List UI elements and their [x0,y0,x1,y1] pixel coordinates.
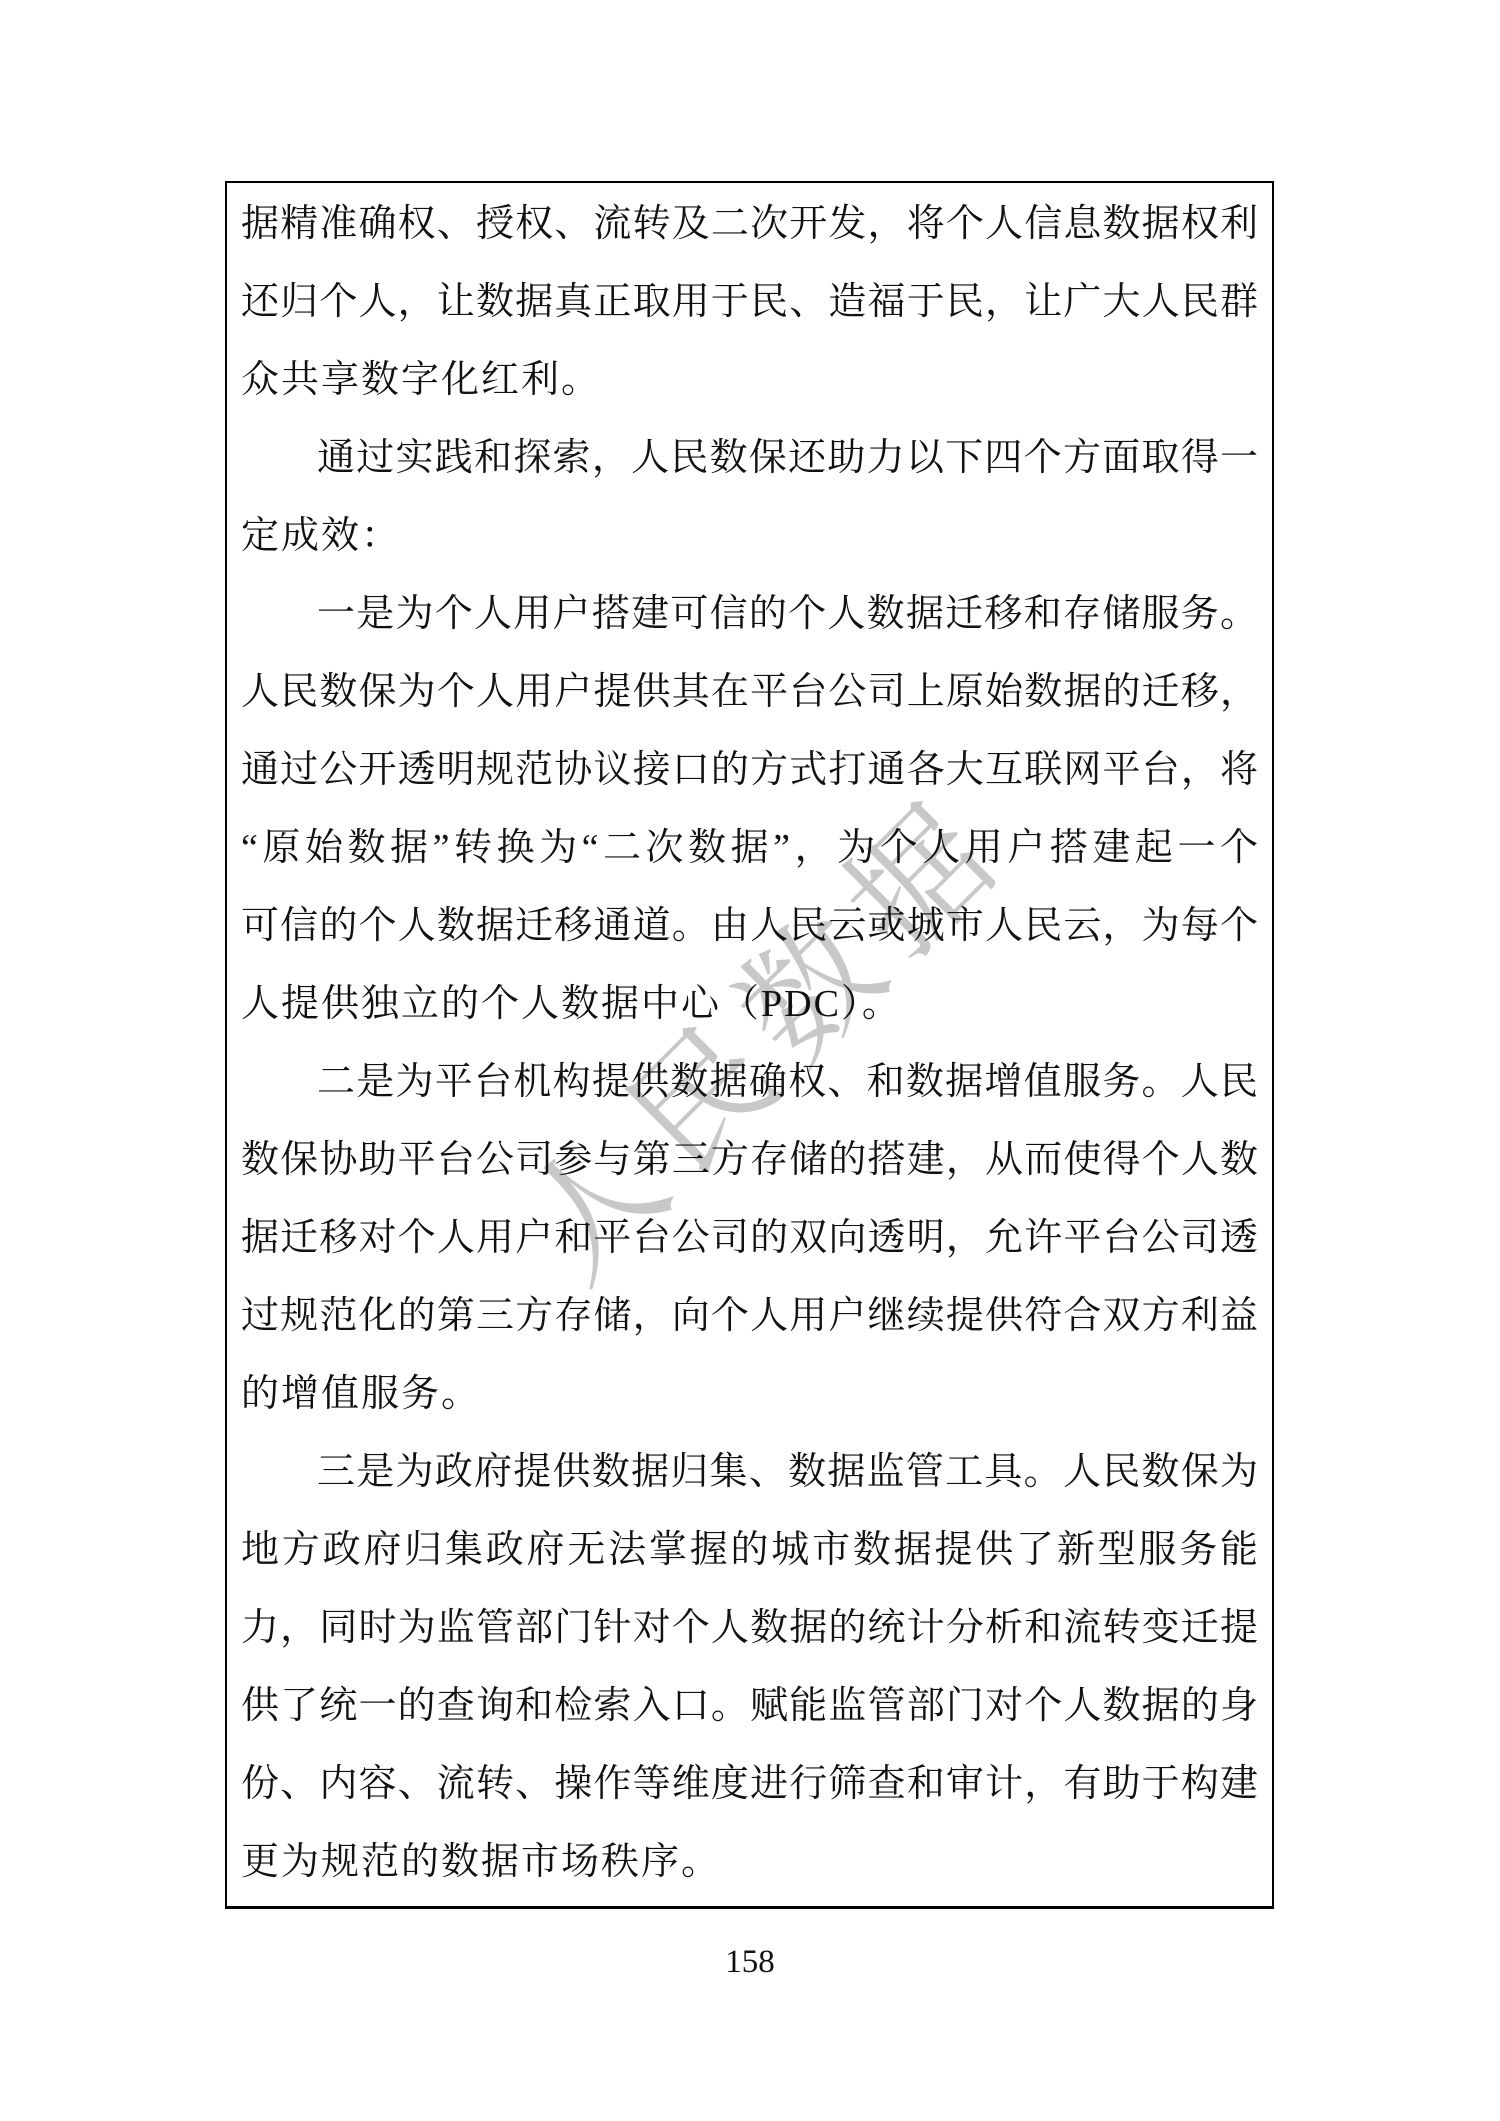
text-line: 可信的个人数据迁移通道。由人民云或城市人民云，为每个 [241,887,1258,965]
body-text: 据精准确权、授权、流转及二次开发，将个人信息数据权利 还归个人，让数据真正取用于… [241,185,1258,1901]
text-line: 人提供独立的个人数据中心（PDC）。 [241,965,1258,1043]
text-line: 众共享数字化红利。 [241,341,1258,419]
text-border-box: 据精准确权、授权、流转及二次开发，将个人信息数据权利 还归个人，让数据真正取用于… [225,181,1274,1909]
text-line: 过规范化的第三方存储，向个人用户继续提供符合双方利益 [241,1277,1258,1355]
text-line: 据迁移对个人用户和平台公司的双向透明，允许平台公司透 [241,1199,1258,1277]
text-line: 一是为个人用户搭建可信的个人数据迁移和存储服务。 [241,575,1258,653]
text-line: 数保协助平台公司参与第三方存储的搭建，从而使得个人数 [241,1121,1258,1199]
text-line: 的增值服务。 [241,1355,1258,1433]
text-line: 供了统一的查询和检索入口。赋能监管部门对个人数据的身 [241,1667,1258,1745]
text-line: 份、内容、流转、操作等维度进行筛查和审计，有助于构建 [241,1745,1258,1823]
text-line: 三是为政府提供数据归集、数据监管工具。人民数保为 [241,1433,1258,1511]
text-line: 定成效： [241,497,1258,575]
document-page: 人民数据 据精准确权、授权、流转及二次开发，将个人信息数据权利 还归个人，让数据… [0,0,1500,2121]
text-line: 还归个人，让数据真正取用于民、造福于民，让广大人民群 [241,263,1258,341]
text-line: 人民数保为个人用户提供其在平台公司上原始数据的迁移， [241,653,1258,731]
text-line: 通过公开透明规范协议接口的方式打通各大互联网平台，将 [241,731,1258,809]
text-line: “原始数据”转换为“二次数据”，为个人用户搭建起一个 [241,809,1258,887]
text-line: 力，同时为监管部门针对个人数据的统计分析和流转变迁提 [241,1589,1258,1667]
text-line: 更为规范的数据市场秩序。 [241,1823,1258,1901]
text-line: 地方政府归集政府无法掌握的城市数据提供了新型服务能 [241,1511,1258,1589]
page-number: 158 [0,1944,1500,1981]
text-line: 通过实践和探索，人民数保还助力以下四个方面取得一 [241,419,1258,497]
text-line: 据精准确权、授权、流转及二次开发，将个人信息数据权利 [241,185,1258,263]
text-line: 二是为平台机构提供数据确权、和数据增值服务。人民 [241,1043,1258,1121]
